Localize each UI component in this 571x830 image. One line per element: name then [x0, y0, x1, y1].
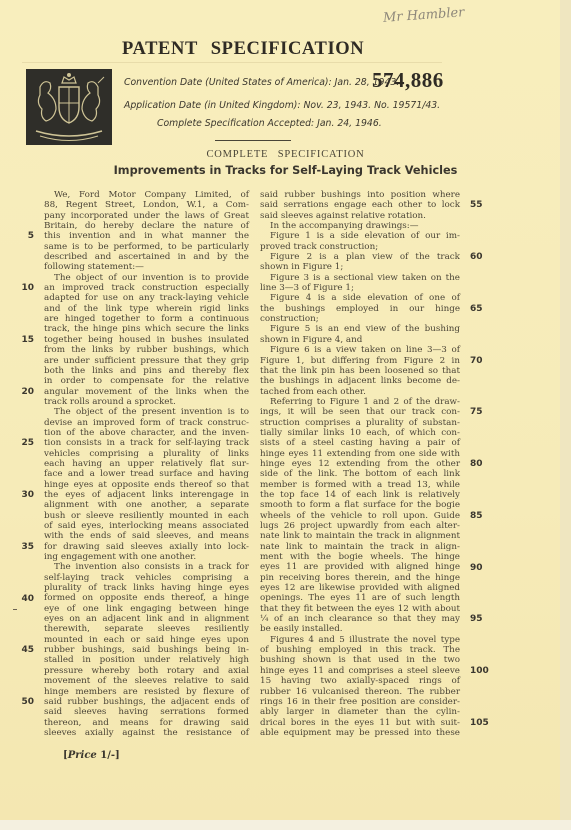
text-line: an improved track construction especiall… [44, 283, 249, 293]
text-line: alignment with one another, a separate [44, 500, 249, 510]
text-line: rubber 16 vulcanised thereon. The rubber [260, 687, 460, 697]
margin-mark [13, 609, 17, 610]
text-line: the bushings employed in our hinge [260, 304, 460, 314]
text-line: The object of our invention is to provid… [44, 273, 249, 283]
text-line: ably larger in diameter than the cylin- [260, 707, 460, 717]
header-rule [22, 62, 442, 63]
text-line: eyes on an adjacent link and in alignmen… [44, 614, 249, 624]
right-column: said rubber bushings into position where… [260, 190, 460, 738]
text-line: said sleeves having serrations formed [44, 707, 249, 717]
text-line: with the ends of said sleeves, and means [44, 531, 249, 541]
line-number: 15 [4, 335, 34, 345]
text-line: angular movement of the links when the [44, 387, 249, 397]
text-line: stalled in position under relatively hig… [44, 655, 249, 665]
line-number: 40 [4, 594, 34, 604]
line-number: 70 [470, 356, 494, 366]
text-line: Britain, do hereby declare the nature of [44, 221, 249, 231]
text-line: ment with the bogie wheels. The hinge [260, 552, 460, 562]
convention-date: Convention Date (United States of Americ… [124, 77, 399, 88]
text-line: movement of the sleeves relative to said [44, 676, 249, 686]
text-line: are under sufficient pressure that they … [44, 356, 249, 366]
text-line: that the link pin has been loosened so t… [260, 366, 460, 376]
text-line: line 3—3 of Figure 1; [260, 283, 460, 293]
text-line: from the links by rubber bushings, which [44, 345, 249, 355]
text-line: thereon, and means for drawing said [44, 718, 249, 728]
text-line: in order to compensate for the relative [44, 376, 249, 386]
text-line: The object of the present invention is t… [44, 407, 249, 417]
text-line: adapted for use on any track-laying vehi… [44, 293, 249, 303]
text-line: side of the link. The bottom of each lin… [260, 469, 460, 479]
text-line: for drawing said sleeves axially into lo… [44, 542, 249, 552]
subheading: COMPLETE SPECIFICATION [0, 149, 571, 160]
text-line: following statement:— [44, 262, 249, 272]
text-line: pressure whereby both rotary and axial [44, 666, 249, 676]
text-line: 88, Regent Street, London, W.1, a Com- [44, 200, 249, 210]
document-title: Improvements in Tracks for Self-Laying T… [0, 164, 571, 177]
handwritten-note: Mr Hambler [383, 5, 465, 26]
text-line: hinge eyes 12 extending from the other [260, 459, 460, 469]
text-line: both the links and pins and thereby flex [44, 366, 249, 376]
text-line: openings. The eyes 11 are of such length [260, 593, 460, 603]
patent-page: Mr Hambler PATENT SPECIFICATION Conventi… [0, 0, 561, 821]
text-line: eye of one link engaging between hinge [44, 604, 249, 614]
text-line: Figure 1, but differing from Figure 2 in [260, 356, 460, 366]
text-line: said serrations engage each other to loc… [260, 200, 460, 210]
line-number: 80 [470, 459, 494, 469]
text-line: construction; [260, 314, 460, 324]
text-line: said rubber bushings into position where [260, 190, 460, 200]
text-line: hinge eyes 11 extending from one side wi… [260, 449, 460, 459]
text-line: track, the hinge pins which secure the l… [44, 324, 249, 334]
text-line: of bushing employed in this track. The [260, 645, 460, 655]
text-line: vehicles comprising a plurality of links [44, 449, 249, 459]
text-line: lugs 26 project upwardly from each alter… [260, 521, 460, 531]
section-divider [215, 140, 291, 141]
line-number: 95 [470, 614, 494, 624]
text-line: and of the link type wherein rigid links [44, 304, 249, 314]
text-line: Figure 6 is a view taken on line 3—3 of [260, 345, 460, 355]
text-line: hinge members are resisted by flexure of [44, 687, 249, 697]
line-number: 65 [470, 304, 494, 314]
text-line: therewith, separate sleeves resiliently [44, 624, 249, 634]
text-line: nate link to maintain the track in align… [260, 531, 460, 541]
text-line: devise an improved form of track constru… [44, 418, 249, 428]
line-number: 85 [470, 511, 494, 521]
patent-number: 574,886 [372, 68, 444, 93]
text-line: hinge eyes 11 and comprises a steel slee… [260, 666, 460, 676]
text-line: Figure 3 is a sectional view taken on th… [260, 273, 460, 283]
text-line: struction comprises a plurality of subst… [260, 418, 460, 428]
text-line: ing engagement with one another. [44, 552, 249, 562]
text-line: pin receiving bores therein, and the hin… [260, 573, 460, 583]
text-line: plurality of track links having hinge ey… [44, 583, 249, 593]
text-line: track rolls around a sprocket. [44, 397, 249, 407]
line-number: 10 [4, 283, 34, 293]
text-line: Figure 2 is a plan view of the track [260, 252, 460, 262]
line-number: 75 [470, 407, 494, 417]
text-line: face and a lower tread surface and havin… [44, 469, 249, 479]
text-line: eyes 11 are provided with aligned hinge [260, 562, 460, 572]
text-line: The invention also consists in a track f… [44, 562, 249, 572]
text-line: sists of a steel casting having a pair o… [260, 438, 460, 448]
text-line: 15 having two axially-spaced rings of [260, 676, 460, 686]
text-line: Figure 5 is an end view of the bushing [260, 324, 460, 334]
text-line: said sleeves against relative rotation. [260, 211, 460, 221]
text-line: self-laying track vehicles comprising a [44, 573, 249, 583]
price-value: 1/- [100, 750, 115, 761]
line-number: 105 [470, 718, 494, 728]
text-line: bushing shown is that used in the two [260, 655, 460, 665]
text-line: smooth to form a flat surface for the bo… [260, 500, 460, 510]
text-line: pany incorporated under the laws of Grea… [44, 211, 249, 221]
text-line: mounted in each or said hinge eyes upon [44, 635, 249, 645]
text-line: rubber bushings, said bushings being in- [44, 645, 249, 655]
text-line: be easily installed. [260, 624, 460, 634]
text-line: same is to be performed, to be particula… [44, 242, 249, 252]
text-line: member is formed with a tread 13, while [260, 480, 460, 490]
text-line: We, Ford Motor Company Limited, of [44, 190, 249, 200]
text-line: Figures 4 and 5 illustrate the novel typ… [260, 635, 460, 645]
text-line: shown in Figure 4, and [260, 335, 460, 345]
royal-coat-of-arms-icon [26, 69, 112, 145]
line-number: 90 [470, 563, 494, 573]
text-line: bush or sleeve resiliently mounted in ea… [44, 511, 249, 521]
line-number: 30 [4, 490, 34, 500]
text-line: proved track construction; [260, 242, 460, 252]
text-line: tion of the above character, and the inv… [44, 428, 249, 438]
text-line: Figure 1 is a side elevation of our im- [260, 231, 460, 241]
text-line: each having an upper relatively flat sur… [44, 459, 249, 469]
text-line: of said eyes, interlocking means associa… [44, 521, 249, 531]
line-number: 100 [470, 666, 494, 676]
line-number: 5 [4, 231, 34, 241]
text-line: In the accompanying drawings:— [260, 221, 460, 231]
text-line: the top face 14 of each link is relative… [260, 490, 460, 500]
line-number: 55 [470, 200, 494, 210]
text-line: able equipment may be pressed into these [260, 728, 460, 738]
text-line: that they fit between the eyes 12 with a… [260, 604, 460, 614]
text-line: the bushings in adjacent links become de… [260, 376, 460, 386]
text-line: eyes 12 are likewise provided with align… [260, 583, 460, 593]
text-line: are hinged together to form a continuous [44, 314, 249, 324]
text-line: said rubber bushings, the adjacent ends … [44, 697, 249, 707]
text-line: described and ascertained in and by the [44, 252, 249, 262]
line-number: 45 [4, 645, 34, 655]
text-line: formed on opposite ends thereof, a hinge [44, 593, 249, 603]
page-edge-bottom [0, 820, 571, 830]
text-line: Referring to Figure 1 and 2 of the draw- [260, 397, 460, 407]
text-line: the eyes of adjacent links interengage i… [44, 490, 249, 500]
text-line: ings, it will be seen that our track con… [260, 407, 460, 417]
line-number: 35 [4, 542, 34, 552]
line-number: 60 [470, 252, 494, 262]
text-line: tially similar links 10 each, of which c… [260, 428, 460, 438]
price-word: Price [68, 750, 97, 761]
text-line: Figure 4 is a side elevation of one of [260, 293, 460, 303]
text-line: rings 16 in their free position are cons… [260, 697, 460, 707]
price-label: [Price 1/-] [63, 750, 120, 761]
line-number: 20 [4, 387, 34, 397]
line-number: 25 [4, 438, 34, 448]
accepted-date: Complete Specification Accepted: Jan. 24… [157, 118, 382, 129]
text-line: ¼ of an inch clearance so that they may [260, 614, 460, 624]
text-line: sleeves axially against the resistance o… [44, 728, 249, 738]
header-title: PATENT SPECIFICATION [122, 39, 364, 60]
line-number: 50 [4, 697, 34, 707]
text-line: wheels of the vehicle to roll upon. Guid… [260, 511, 460, 521]
text-line: hinge eyes at opposite ends thereof so t… [44, 480, 249, 490]
text-line: nate link to maintain the track in align… [260, 542, 460, 552]
text-line: drical bores in the eyes 11 but with sui… [260, 718, 460, 728]
text-line: tached from each other. [260, 387, 460, 397]
text-line: together being housed in bushes insulate… [44, 335, 249, 345]
text-line: tion consists in a track for self-laying… [44, 438, 249, 448]
text-line: shown in Figure 1; [260, 262, 460, 272]
text-line: this invention and in what manner the [44, 231, 249, 241]
page-edge-right [560, 0, 571, 830]
application-date: Application Date (in United Kingdom): No… [124, 100, 440, 111]
left-column: We, Ford Motor Company Limited, of88, Re… [44, 190, 249, 738]
